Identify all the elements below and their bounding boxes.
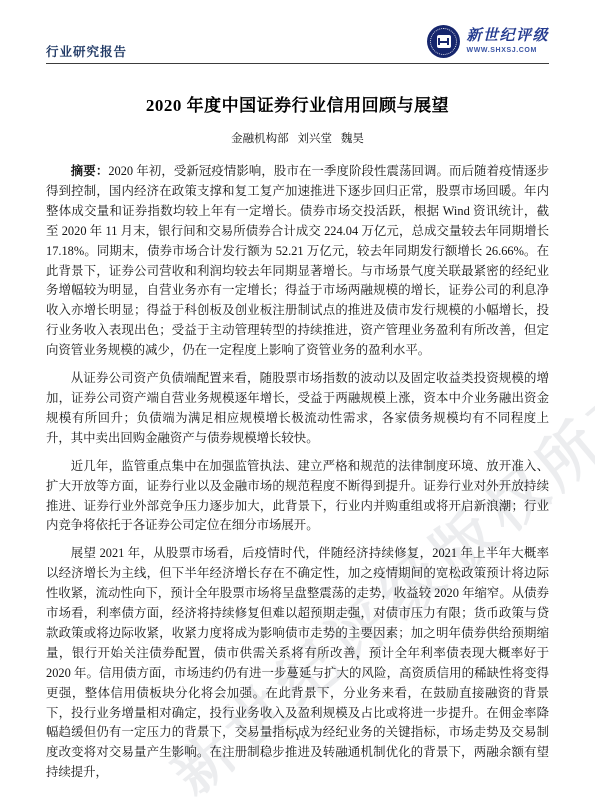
brand-name: 新世纪评级: [466, 28, 549, 45]
page-title: 2020 年度中国证券行业信用回顾与展望: [46, 91, 549, 116]
report-type-label: 行业研究报告: [46, 42, 127, 60]
brand-seal-icon: [427, 25, 460, 58]
abstract-label: 摘要：: [71, 164, 109, 178]
abstract-paragraph: 摘要：2020 年初，受新冠疫情影响，股市在一季度阶段性震荡回调。而后随着疫情逐…: [46, 162, 549, 361]
body-paragraph: 从证券公司资产负债端配置来看，随股票市场指数的波动以及固定收益类投资规模的增加，…: [46, 369, 549, 449]
report-page: 新世纪评级版权所有 行业研究报告 新世纪评级 WWW.SHXSJ.COM 202…: [0, 0, 595, 807]
page-number: - 1 -: [0, 733, 595, 743]
brand-block: 新世纪评级 WWW.SHXSJ.COM: [427, 25, 549, 58]
brand-text: 新世纪评级 WWW.SHXSJ.COM: [466, 28, 549, 54]
authors-line: 金融机构部 刘兴堂 魏昊: [46, 130, 549, 146]
body-paragraph: 展望 2021 年，从股票市场看，后疫情时代，伴随经济持续修复，2021 年上半…: [46, 544, 549, 783]
abstract-text: 2020 年初，受新冠疫情影响，股市在一季度阶段性震荡回调。而后随着疫情逐步得到…: [46, 164, 549, 357]
document-body: 摘要：2020 年初，受新冠疫情影响，股市在一季度阶段性震荡回调。而后随着疫情逐…: [46, 162, 549, 783]
paragraph-text: 展望 2021 年，从股票市场看，后疫情时代，伴随经济持续修复，2021 年上半…: [46, 546, 549, 779]
body-paragraph: 近几年，监管重点集中在加强监管执法、建立严格和规范的法律制度环境、放开准入、扩大…: [46, 457, 549, 537]
paragraph-text: 近几年，监管重点集中在加强监管执法、建立严格和规范的法律制度环境、放开准入、扩大…: [46, 459, 549, 533]
brand-website: WWW.SHXSJ.COM: [466, 47, 549, 55]
page-header: 行业研究报告 新世纪评级 WWW.SHXSJ.COM: [46, 0, 549, 64]
brand-emblem-icon: [437, 35, 451, 48]
paragraph-text: 从证券公司资产负债端配置来看，随股票市场指数的波动以及固定收益类投资规模的增加，…: [46, 371, 549, 445]
